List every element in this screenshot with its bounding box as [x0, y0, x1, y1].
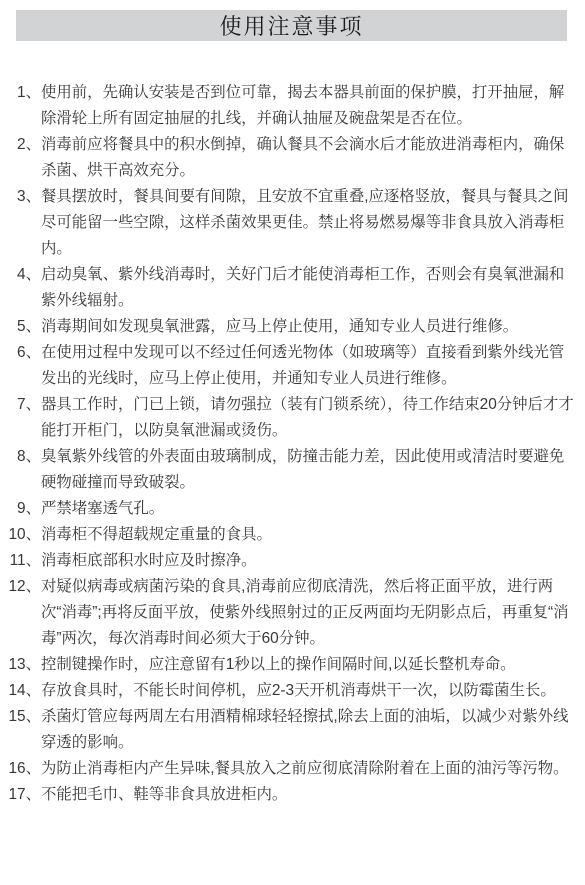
- list-item: 7、 器具工作时，门已上锁，请勿强拉（装有门锁系统），待工作结束20分钟后才才能…: [0, 392, 585, 444]
- item-text: 消毒前应将餐具中的积水倒掉，确认餐具不会滴水后才能放进消毒柜内，确保杀菌、烘干高…: [41, 132, 578, 184]
- item-text: 器具工作时，门已上锁，请勿强拉（装有门锁系统），待工作结束20分钟后才才能打开柜…: [41, 392, 578, 444]
- list-item: 6、 在使用过程中发现可以不经过任何透光物体（如玻璃等）直接看到紫外线光管发出的…: [0, 340, 585, 392]
- item-number: 11、: [0, 548, 41, 574]
- item-number: 3、: [0, 184, 41, 210]
- item-text: 存放食具时，不能长时间停机，应2-3天开机消毒烘干一次，以防霉菌生长。: [41, 678, 578, 704]
- item-number: 7、: [0, 392, 41, 418]
- item-text: 严禁堵塞透气孔。: [41, 496, 578, 522]
- list-item: 14、 存放食具时，不能长时间停机，应2-3天开机消毒烘干一次，以防霉菌生长。: [0, 678, 585, 704]
- list-item: 12、 对疑似病毒或病菌污染的食具,消毒前应彻底清洗，然后将正面平放，进行两次“…: [0, 574, 585, 652]
- item-number: 6、: [0, 340, 41, 366]
- item-number: 12、: [0, 574, 41, 600]
- list-item: 17、 不能把毛巾、鞋等非食具放进柜内。: [0, 782, 585, 808]
- list-item: 2、 消毒前应将餐具中的积水倒掉，确认餐具不会滴水后才能放进消毒柜内，确保杀菌、…: [0, 132, 585, 184]
- item-number: 9、: [0, 496, 41, 522]
- item-text: 消毒期间如发现臭氧泄露，应马上停止使用，通知专业人员进行维修。: [41, 314, 578, 340]
- list-item: 11、 消毒柜底部积水时应及时擦净。: [0, 548, 585, 574]
- list-item: 1、 使用前，先确认安装是否到位可靠，揭去本器具前面的保护膜，打开抽屉，解除滑轮…: [0, 80, 585, 132]
- item-text: 臭氧紫外线管的外表面由玻璃制成，防撞击能力差，因此使用或清洁时要避免硬物碰撞而导…: [41, 444, 578, 496]
- item-text: 为防止消毒柜内产生异味,餐具放入之前应彻底清除附着在上面的油污等污物。: [41, 756, 578, 782]
- list-item: 16、 为防止消毒柜内产生异味,餐具放入之前应彻底清除附着在上面的油污等污物。: [0, 756, 585, 782]
- list-item: 10、 消毒柜不得超载规定重量的食具。: [0, 522, 585, 548]
- item-text: 在使用过程中发现可以不经过任何透光物体（如玻璃等）直接看到紫外线光管发出的光线时…: [41, 340, 578, 392]
- item-number: 10、: [0, 522, 41, 548]
- item-number: 16、: [0, 756, 41, 782]
- item-text: 对疑似病毒或病菌污染的食具,消毒前应彻底清洗，然后将正面平放，进行两次“消毒”;…: [41, 574, 578, 652]
- item-text: 使用前，先确认安装是否到位可靠，揭去本器具前面的保护膜，打开抽屉，解除滑轮上所有…: [41, 80, 578, 132]
- list-item: 5、 消毒期间如发现臭氧泄露，应马上停止使用，通知专业人员进行维修。: [0, 314, 585, 340]
- item-text: 餐具摆放时，餐具间要有间隙，且安放不宜重叠,应逐格竖放，餐具与餐具之间尽可能留一…: [41, 184, 578, 262]
- item-text: 消毒柜不得超载规定重量的食具。: [41, 522, 578, 548]
- list-item: 15、 杀菌灯管应每两周左右用酒精棉球轻轻擦拭,除去上面的油垢，以减少对紫外线穿…: [0, 704, 585, 756]
- item-text: 控制键操作时，应注意留有1秒以上的操作间隔时间,以延长整机寿命。: [41, 652, 578, 678]
- item-text: 启动臭氧、紫外线消毒时，关好门后才能使消毒柜工作，否则会有臭氧泄漏和紫外线辐射。: [41, 262, 578, 314]
- item-number: 13、: [0, 652, 41, 678]
- title-bar: 使用注意事项: [16, 10, 567, 41]
- item-number: 2、: [0, 132, 41, 158]
- manual-page: 使用注意事项 1、 使用前，先确认安装是否到位可靠，揭去本器具前面的保护膜，打开…: [0, 0, 585, 885]
- item-number: 5、: [0, 314, 41, 340]
- item-number: 8、: [0, 444, 41, 470]
- item-text: 不能把毛巾、鞋等非食具放进柜内。: [41, 782, 578, 808]
- item-number: 4、: [0, 262, 41, 288]
- item-number: 1、: [0, 80, 41, 106]
- notice-list: 1、 使用前，先确认安装是否到位可靠，揭去本器具前面的保护膜，打开抽屉，解除滑轮…: [0, 80, 585, 808]
- item-number: 14、: [0, 678, 41, 704]
- list-item: 3、 餐具摆放时，餐具间要有间隙，且安放不宜重叠,应逐格竖放，餐具与餐具之间尽可…: [0, 184, 585, 262]
- item-text: 杀菌灯管应每两周左右用酒精棉球轻轻擦拭,除去上面的油垢，以减少对紫外线穿透的影响…: [41, 704, 578, 756]
- page-title: 使用注意事项: [219, 10, 363, 41]
- item-number: 17、: [0, 782, 41, 808]
- item-text: 消毒柜底部积水时应及时擦净。: [41, 548, 578, 574]
- list-item: 9、 严禁堵塞透气孔。: [0, 496, 585, 522]
- list-item: 13、 控制键操作时，应注意留有1秒以上的操作间隔时间,以延长整机寿命。: [0, 652, 585, 678]
- list-item: 8、 臭氧紫外线管的外表面由玻璃制成，防撞击能力差，因此使用或清洁时要避免硬物碰…: [0, 444, 585, 496]
- list-item: 4、 启动臭氧、紫外线消毒时，关好门后才能使消毒柜工作，否则会有臭氧泄漏和紫外线…: [0, 262, 585, 314]
- item-number: 15、: [0, 704, 41, 730]
